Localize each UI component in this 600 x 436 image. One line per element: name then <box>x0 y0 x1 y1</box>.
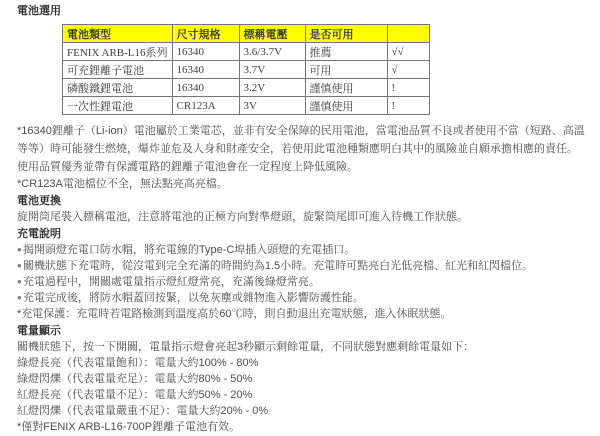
table-row: FENIX ARB-L16系列 16340 3.6/3.7V 推薦 √√ <box>63 43 430 61</box>
cell-battery-type: 磷酸鐵鋰電池 <box>63 79 173 97</box>
table-header-row: 電池類型 尺寸規格 標稱電壓 是否可用 <box>63 25 430 43</box>
battery-level-line-red-solid: 紅燈長亮（代表電量不足）：電量大約50% - 20% <box>17 387 586 403</box>
table-row: 可充鋰離子電池 16340 3.7V 可用 √ <box>63 61 430 79</box>
battery-table: 電池類型 尺寸規格 標稱電壓 是否可用 FENIX ARB-L16系列 1634… <box>62 24 430 115</box>
cell-usable: 可用 <box>305 61 387 79</box>
cell-usable: 謹慎使用 <box>305 97 387 115</box>
charging-bullet: ●充電完成後，將防水帽蓋回按緊，以免灰塵或雜物進入影響防護性能。 <box>17 290 586 306</box>
cell-mark: ! <box>387 79 429 97</box>
battery-level-note: *僅對FENIX ARB-L16-700P鋰離子電池有效。 <box>17 419 586 435</box>
table-row: 一次性鋰電池 CR123A 3V 謹慎使用 ! <box>63 97 430 115</box>
section-heading-charging: 充電說明 <box>17 226 586 242</box>
charging-bullet-text: 充電過程中，開關處電量指示燈紅燈常亮，充滿後綠燈常亮。 <box>23 276 320 288</box>
charging-bullet-text: 關機狀態下充電時，從沒電到完全充滿的時間約為1.5小時。充電時可點亮白光低亮檔、… <box>23 260 533 272</box>
section-heading-battery-replacement: 電池更換 <box>17 193 586 209</box>
charging-bullet: ●揭開頭燈充電口防水帽，將充電線的Type-C埠插入頭燈的充電插口。 <box>17 242 586 258</box>
battery-level-line-red-flash: 紅燈閃爍（代表電量嚴重不足）：電量大約20% - 0% <box>17 403 586 419</box>
column-header-size: 尺寸規格 <box>172 25 239 43</box>
cell-size: CR123A <box>172 97 239 115</box>
manual-page: 電池選用 電池類型 尺寸規格 標稱電壓 是否可用 FENIX ARB-L16系列… <box>0 0 600 436</box>
bullet-icon: ● <box>17 293 22 302</box>
cr123a-note: *CR123A電池檔位不全，無法點亮高亮檔。 <box>17 176 586 192</box>
column-header-mark <box>387 25 429 43</box>
battery-level-line-green-solid: 綠燈長亮（代表電量飽和）：電量大約100% - 80% <box>17 355 586 371</box>
page-title: 電池選用 <box>17 4 586 18</box>
charging-bullet-text: 充電完成後，將防水帽蓋回按緊，以免灰塵或雜物進入影響防護性能。 <box>23 292 364 304</box>
cell-battery-type: 可充鋰離子電池 <box>63 61 173 79</box>
cell-voltage: 3.6/3.7V <box>239 43 305 61</box>
column-header-battery-type: 電池類型 <box>63 25 173 43</box>
column-header-voltage: 標稱電壓 <box>239 25 305 43</box>
charging-protection-note: *充電保護：充電時若電路檢測到溫度高於60℃時，則自動退出充電狀態，進入休眠狀態… <box>17 306 586 322</box>
bullet-icon: ● <box>17 261 22 270</box>
cell-size: 16340 <box>172 43 239 61</box>
cell-mark: ! <box>387 97 429 115</box>
cell-usable: 謹慎使用 <box>305 79 387 97</box>
section-heading-battery-level: 電量顯示 <box>17 323 586 339</box>
cell-voltage: 3V <box>239 97 305 115</box>
cell-size: 16340 <box>172 79 239 97</box>
charging-bullet: ●關機狀態下充電時，從沒電到完全充滿的時間約為1.5小時。充電時可點亮白光低亮檔… <box>17 258 586 274</box>
cell-voltage: 3.7V <box>239 61 305 79</box>
cell-mark: √ <box>387 61 429 79</box>
battery-level-line-green-flash: 綠燈閃爍（代表電量充足）：電量大約80% - 50% <box>17 371 586 387</box>
bullet-icon: ● <box>17 245 22 254</box>
bullet-icon: ● <box>17 277 22 286</box>
cell-usable: 推薦 <box>305 43 387 61</box>
battery-replacement-text: 旋開筒尾裝入標稱電池，注意將電池的正極方向對準燈頭，旋緊筒尾即可進入待機工作狀態… <box>17 209 586 225</box>
charging-bullet-text: 揭開頭燈充電口防水帽，將充電線的Type-C埠插入頭燈的充電插口。 <box>23 244 355 256</box>
cell-mark: √√ <box>387 43 429 61</box>
manual-text: *16340鋰離子（Li-ion）電池屬於工業電芯，並非有安全保障的民用電池，當… <box>17 122 586 435</box>
column-header-usable: 是否可用 <box>305 25 387 43</box>
table-row: 磷酸鐵鋰電池 16340 3.2V 謹慎使用 ! <box>63 79 430 97</box>
cell-voltage: 3.2V <box>239 79 305 97</box>
cell-battery-type: FENIX ARB-L16系列 <box>63 43 173 61</box>
cell-size: 16340 <box>172 61 239 79</box>
battery-level-intro: 關機狀態下，按一下開關，電量指示燈會亮起3秒顯示剩餘電量，不同狀態對應剩餘電量如… <box>17 339 586 355</box>
li-ion-warning-note: *16340鋰離子（Li-ion）電池屬於工業電芯，並非有安全保障的民用電池，當… <box>17 122 586 176</box>
charging-bullet: ●充電過程中，開關處電量指示燈紅燈常亮，充滿後綠燈常亮。 <box>17 274 586 290</box>
cell-battery-type: 一次性鋰電池 <box>63 97 173 115</box>
